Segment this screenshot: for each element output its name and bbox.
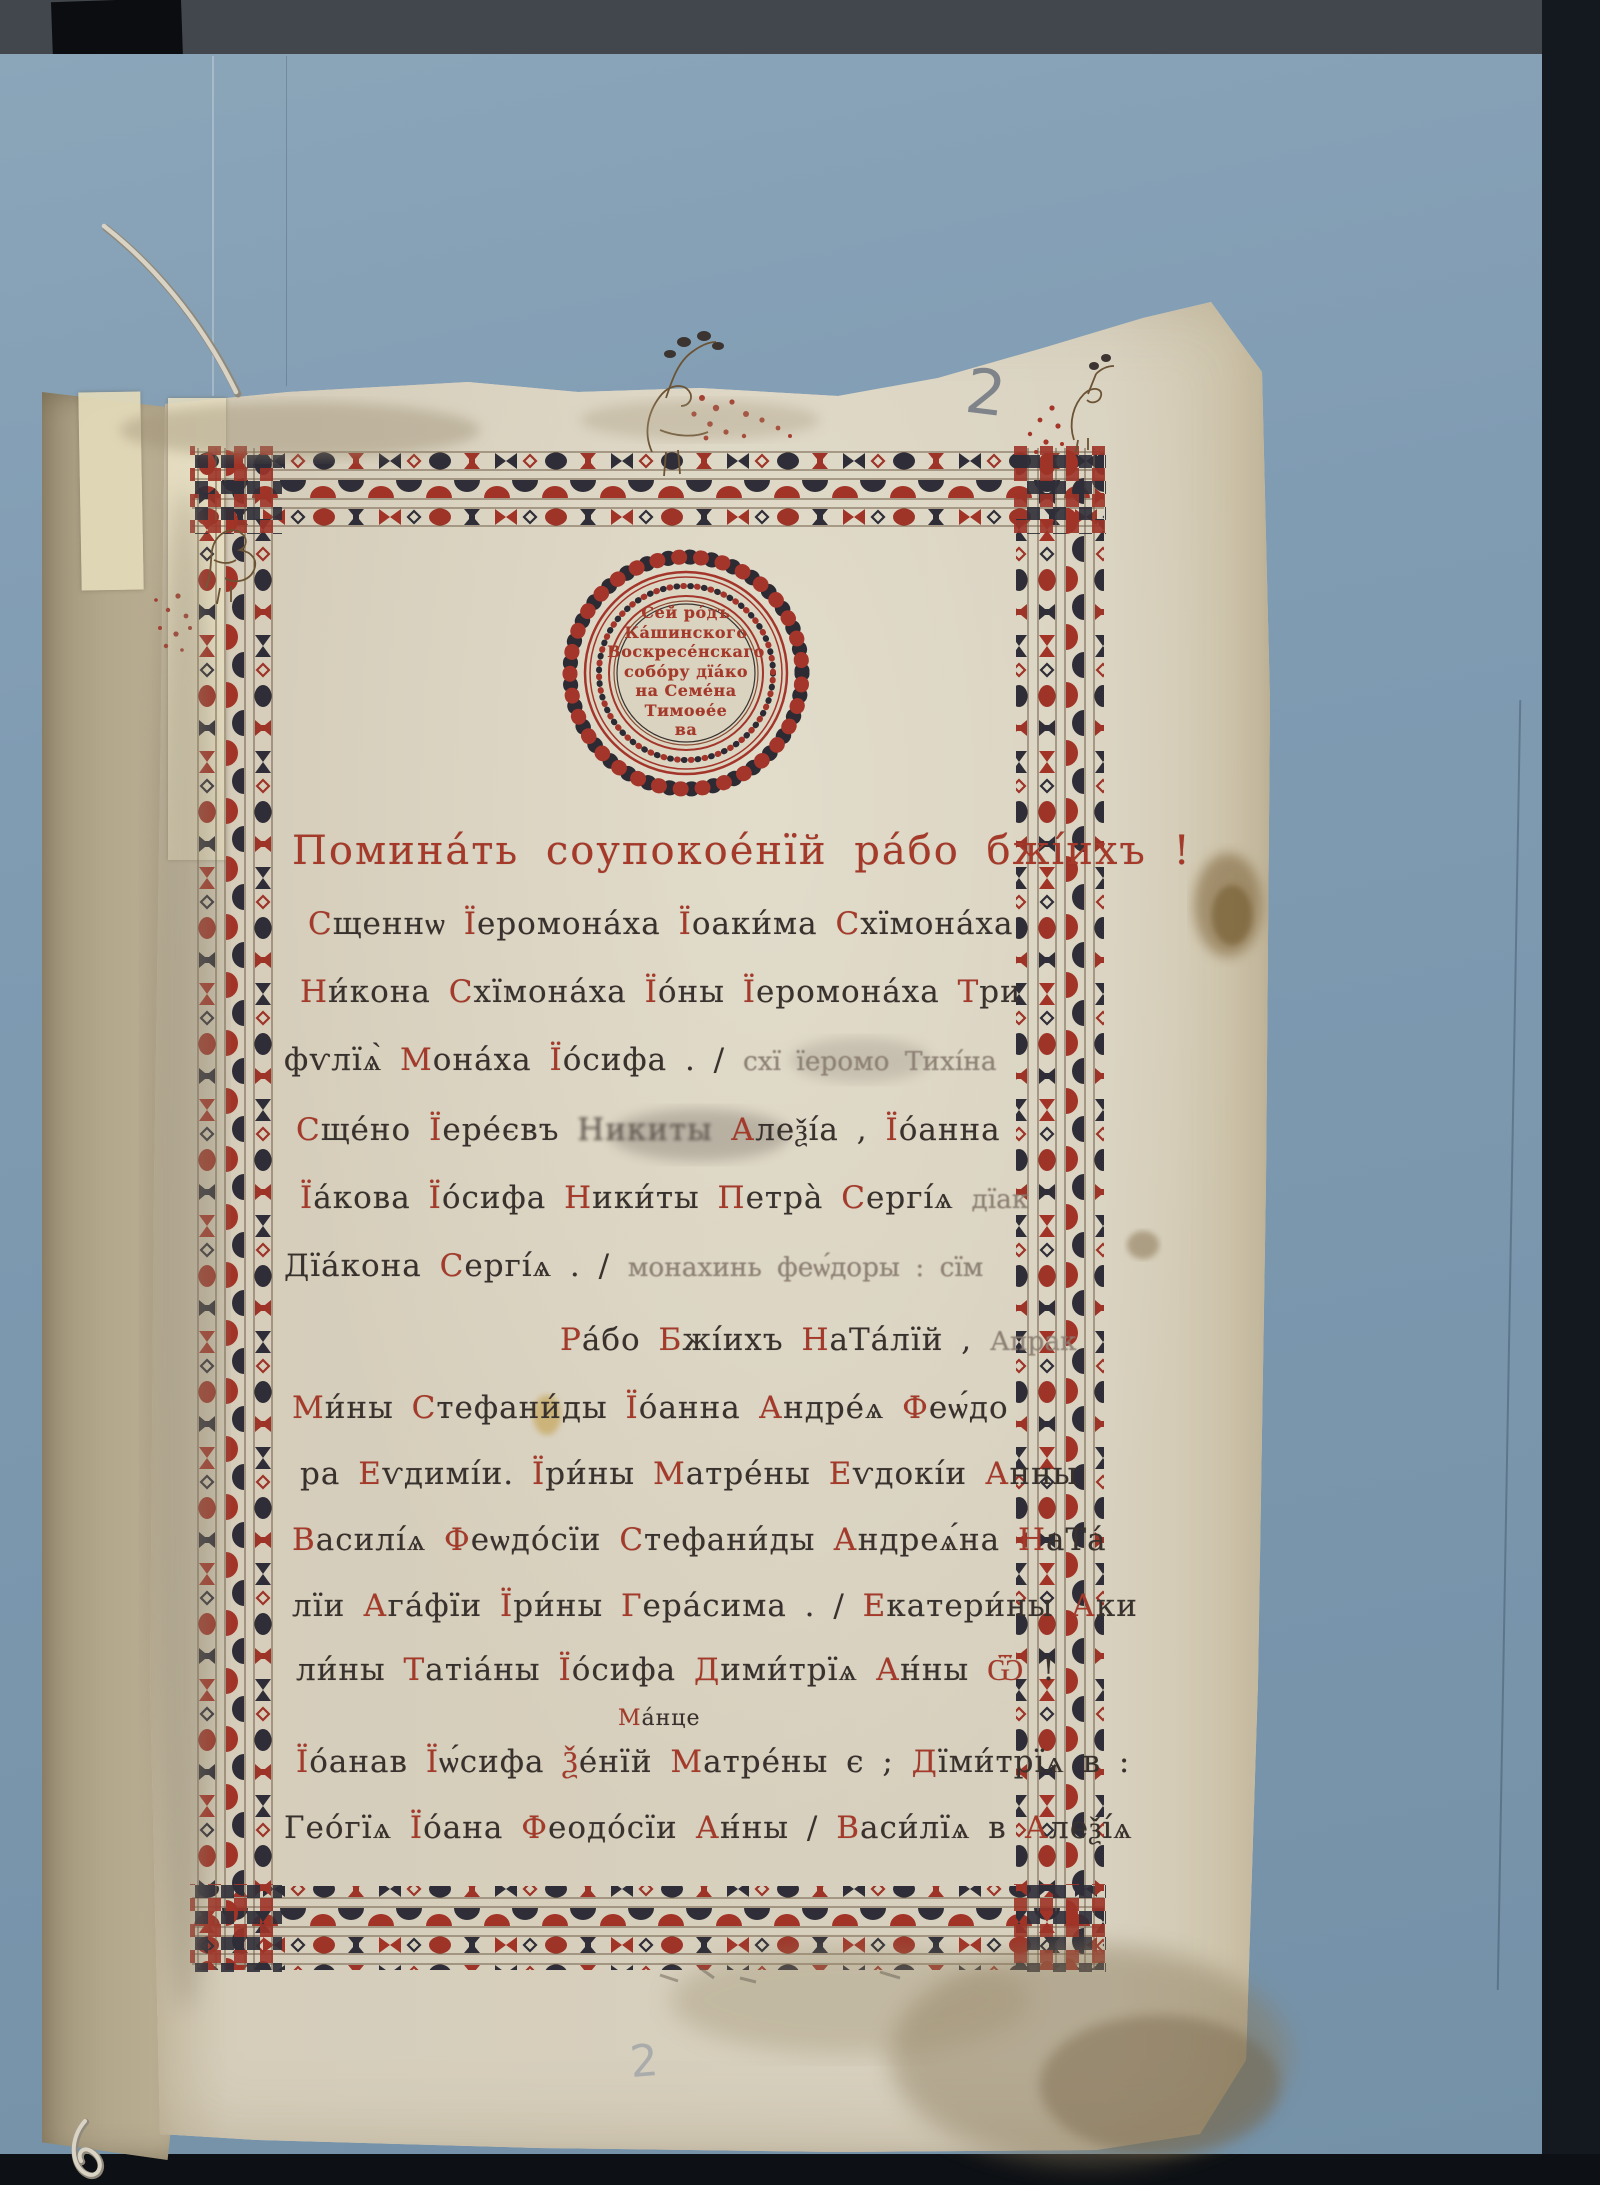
text-run: Ф — [521, 1810, 548, 1846]
manuscript-line: Ма́нце — [618, 1706, 700, 1731]
text-run: М — [292, 1390, 325, 1426]
manuscript-line: ли́ны Татіа́ны Їо́сифа Дими́трїѧ Ан́ны Ѿ… — [296, 1652, 1056, 1688]
text-run: Ї — [549, 1042, 562, 1078]
text-run: и́ны — [325, 1390, 412, 1426]
text-run: а́бо — [582, 1322, 659, 1358]
text-run: А — [696, 1810, 720, 1846]
text-run: ра — [300, 1456, 358, 1492]
text-run: Е — [829, 1456, 853, 1492]
manuscript-line: Василі́ѧ Феѡдо́сїи Стефани́ды Андреѧ́на … — [292, 1522, 1107, 1558]
text-run: Е — [863, 1588, 887, 1624]
text-run: Ї — [429, 1112, 442, 1148]
text-run: она́ха — [433, 1042, 550, 1078]
text-run: о́сифа — [442, 1180, 564, 1216]
text-run: жі́ихъ — [682, 1322, 801, 1358]
text-run: С — [412, 1390, 437, 1426]
text-run: нны — [1009, 1456, 1078, 1492]
text-run: тефани́ды — [644, 1522, 833, 1558]
text-run: ри́ны — [545, 1456, 653, 1492]
text-run: ергі́ѧ . / — [464, 1248, 628, 1284]
text-run: А — [363, 1588, 387, 1624]
text-run: Апрак — [990, 1327, 1077, 1357]
text-run: Е — [358, 1456, 382, 1492]
text-run: М — [653, 1456, 686, 1492]
text-run: Н — [801, 1322, 829, 1358]
medallion-line: на Семе́на — [586, 681, 786, 701]
text-run: А — [759, 1390, 783, 1426]
text-run: еодо́сїи — [548, 1810, 696, 1846]
text-run: Д — [694, 1652, 720, 1688]
text-run: ѡ́сифа — [439, 1744, 562, 1780]
manuscript-line: Їа́кова Їо́сифа Ники́ты Петра̀ Сергі́ѧ д… — [300, 1180, 1028, 1216]
text-run: Ї — [743, 974, 756, 1010]
ornament-artwork — [0, 0, 1600, 2185]
text-run: ще́но — [321, 1112, 429, 1148]
medallion-inscription: Сей ро́дъКа́шинскогоВоскресе́нскагособо́… — [586, 603, 786, 740]
text-run: Ї — [300, 1180, 313, 1216]
text-run: леѯі́ѧ — [1049, 1810, 1132, 1846]
text-run: Ї — [500, 1588, 513, 1624]
text-run: атіа́ны — [425, 1652, 558, 1688]
text-run: Ї — [464, 906, 477, 942]
text-run: о́сифа . / — [563, 1042, 743, 1078]
text-run: га́фїи — [388, 1588, 500, 1624]
text-run: а́нце — [642, 1706, 701, 1731]
text-run: атре́ны є ; — [703, 1744, 912, 1780]
text-run: о́ана — [423, 1810, 521, 1846]
text-run: М — [670, 1744, 703, 1780]
text-run: схї їеромо Тихі́на — [743, 1047, 997, 1077]
text-run: Дїа́кона — [284, 1248, 440, 1284]
text-run: н́ны / — [720, 1810, 836, 1846]
text-run: ! — [1024, 1652, 1055, 1688]
text-run: ера́сима . / — [643, 1588, 863, 1624]
manuscript-line: Сщеннѡ Їеромона́ха Їоаки́ма Схїмона́ха — [308, 906, 1013, 942]
text-run: Ї — [558, 1652, 571, 1688]
text-run: еѡ́до — [929, 1390, 1009, 1426]
text-run: ергі́ѧ — [866, 1180, 972, 1216]
text-run: Т — [958, 974, 980, 1010]
text-run: Ї — [885, 1112, 898, 1148]
text-run: Ї — [645, 974, 658, 1010]
text-run: ими́трїѧ — [720, 1652, 875, 1688]
text-run: С — [449, 974, 474, 1010]
text-run: ере́євъ — [442, 1112, 577, 1148]
text-run: Б — [659, 1322, 683, 1358]
text-run — [713, 1112, 731, 1148]
text-run: Г — [621, 1588, 643, 1624]
text-run: ри — [979, 974, 1022, 1010]
text-run: В — [292, 1522, 316, 1558]
photograph-canvas: Сей ро́дъКа́шинскогоВоскресе́нскагособо́… — [0, 0, 1600, 2185]
text-run: М — [400, 1042, 433, 1078]
manuscript-line: Сще́но Їере́євъ Никиты Алеѯі́а , Їо́анна — [296, 1112, 1001, 1148]
text-run: ли́ны — [296, 1652, 404, 1688]
text-run: В — [836, 1810, 860, 1846]
manuscript-line: Дїа́кона Сергі́ѧ . / монахинь феѡ́доры :… — [284, 1248, 983, 1284]
text-run: о́анна — [639, 1390, 759, 1426]
text-run: ѵдимі́и. — [382, 1456, 532, 1492]
manuscript-line: Ни́кона Схїмона́ха Їо́ны Їеромона́ха Три — [300, 974, 1022, 1010]
text-run: С — [835, 906, 860, 942]
text-run: їми́трїѧ в : — [938, 1744, 1131, 1780]
text-run: о́анав — [309, 1744, 426, 1780]
text-run: Н — [1018, 1522, 1046, 1558]
text-run: еромона́ха — [756, 974, 958, 1010]
text-run: леѯі́а , — [755, 1112, 885, 1148]
text-run: щеннѡ — [333, 906, 464, 942]
text-run: С — [440, 1248, 465, 1284]
text-run: Помина́ть соупокое́нїй ра́бо бжі́ихъ ! — [292, 828, 1192, 874]
text-run: лїи — [292, 1588, 363, 1624]
medallion-line: Сей ро́дъ — [586, 603, 786, 623]
text-run: аТа́ — [1046, 1522, 1107, 1558]
text-run: Т — [404, 1652, 426, 1688]
text-run: А — [1071, 1588, 1095, 1624]
text-run: Ї — [410, 1810, 423, 1846]
text-run: ки — [1096, 1588, 1138, 1624]
manuscript-line: Гео́гїѧ Їо́ана Феодо́сїи Ан́ны / Васи́лї… — [284, 1810, 1133, 1846]
manuscript-line: ра Еѵдимі́и. Їри́ны Матре́ны Еѵдокі́и Ан… — [300, 1456, 1078, 1492]
text-run: Ѿ — [987, 1652, 1024, 1688]
text-run: фѵлїѧ̀ — [284, 1042, 400, 1078]
medallion-line: ва — [586, 720, 786, 740]
manuscript-line: Ра́бо Бжі́ихъ НаТа́лїй , Апрак — [560, 1322, 1077, 1358]
text-run: А — [731, 1112, 755, 1148]
text-run: аси́лїѧ в — [860, 1810, 1025, 1846]
text-run: и́кона — [328, 974, 449, 1010]
text-run: тефани́ды — [436, 1390, 625, 1426]
text-run: н́ны — [900, 1652, 987, 1688]
text-run: ндре́ѧ — [783, 1390, 902, 1426]
text-run: Р — [560, 1322, 582, 1358]
text-run: ики́ты — [592, 1180, 717, 1216]
text-run: асилі́ѧ — [316, 1522, 444, 1558]
medallion-line: Тимоѳе́е — [586, 701, 786, 721]
text-run: еромона́ха — [477, 906, 679, 942]
text-run: М — [618, 1706, 642, 1731]
text-run: аТа́лїй , — [830, 1322, 990, 1358]
text-run: еѡдо́сїи — [471, 1522, 620, 1558]
manuscript-line: фѵлїѧ̀ Мона́ха Їо́сифа . / схї їеромо Ти… — [284, 1042, 997, 1078]
text-run: А — [1025, 1810, 1049, 1846]
text-run: Гео́гїѧ — [284, 1810, 410, 1846]
text-run: Н — [564, 1180, 592, 1216]
text-run: ндреѧ́на — [858, 1522, 1018, 1558]
text-run: Ї — [532, 1456, 545, 1492]
text-run: Н — [300, 974, 328, 1010]
text-run: ри́ны — [513, 1588, 621, 1624]
text-run: Ї — [429, 1180, 442, 1216]
medallion-line: собо́ру дїа́ко — [586, 662, 786, 682]
text-run: Ф — [444, 1522, 471, 1558]
text-run: дїак — [972, 1185, 1029, 1215]
text-run: Ѯ — [562, 1744, 579, 1780]
text-run: А — [985, 1456, 1009, 1492]
text-run: е́нїй — [579, 1744, 670, 1780]
text-run: Никиты — [577, 1112, 713, 1148]
text-run: етра̀ — [746, 1180, 842, 1216]
manuscript-line: Їо́анав Їѡ́сифа Ѯе́нїй Матре́ны є ; Дїми… — [296, 1744, 1130, 1780]
text-run: С — [841, 1180, 866, 1216]
text-run: монахинь феѡ́доры : сїм — [628, 1253, 983, 1283]
medallion-line: Воскресе́нскаго — [586, 642, 786, 662]
text-run: А — [876, 1652, 900, 1688]
bird-doodle-right — [1028, 354, 1114, 454]
text-run: ѵдокі́и — [852, 1456, 985, 1492]
text-run: Ї — [426, 1744, 439, 1780]
text-run: П — [718, 1180, 746, 1216]
medallion-line: Ка́шинского — [586, 623, 786, 643]
manuscript-line: лїи Ага́фїи Їри́ны Гера́сима . / Екатери… — [292, 1588, 1138, 1624]
manuscript-line: Помина́ть соупокое́нїй ра́бо бжі́ихъ ! — [292, 828, 1192, 874]
text-run: о́ны — [658, 974, 743, 1010]
pencil-folio-number-bottom: 2 — [628, 2035, 660, 2088]
text-run: Ї — [296, 1744, 309, 1780]
manuscript-line: Ми́ны Стефани́ды Їо́анна Андре́ѧ Феѡ́до — [292, 1390, 1009, 1426]
text-run: Ф — [902, 1390, 929, 1426]
text-run: Ї — [626, 1390, 639, 1426]
text-run: а́кова — [313, 1180, 428, 1216]
text-run: С — [308, 906, 333, 942]
text-run: С — [619, 1522, 644, 1558]
text-run: хїмона́ха — [473, 974, 644, 1010]
text-run: Ї — [679, 906, 692, 942]
text-run: хїмона́ха — [860, 906, 1013, 942]
text-run: атре́ны — [686, 1456, 829, 1492]
text-run: о́анна — [899, 1112, 1001, 1148]
text-run: катери́ны — [886, 1588, 1071, 1624]
text-run: Д — [912, 1744, 938, 1780]
text-run: о́сифа — [572, 1652, 694, 1688]
text-run: С — [296, 1112, 321, 1148]
text-run: А — [833, 1522, 857, 1558]
text-run: оаки́ма — [692, 906, 836, 942]
